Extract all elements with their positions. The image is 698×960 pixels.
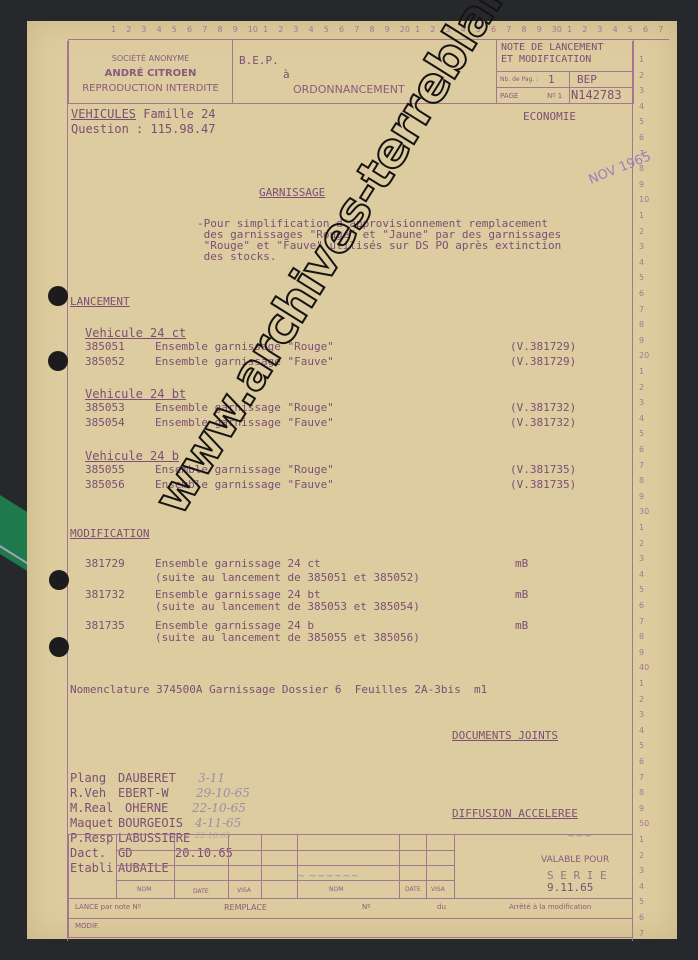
- signature-role: Plang: [70, 771, 106, 785]
- ruler-tick: 40: [639, 663, 649, 672]
- nb-pages-label: Nb. de Pag. :: [500, 76, 538, 83]
- ruler-tick: 10: [639, 195, 649, 204]
- list-item: 385051 Ensemble garnissage "Rouge" (V.38…: [85, 340, 645, 355]
- ruler-tick: 4: [639, 726, 644, 735]
- ruler-tick: 5: [628, 25, 633, 34]
- vehicles-label: VEHICULES: [71, 107, 136, 121]
- ruler-tick: 4: [639, 882, 644, 891]
- ruler-tick: 1: [111, 25, 116, 34]
- number-label: Nº: [362, 903, 371, 911]
- valable-pour-label: VALABLE POUR: [541, 855, 609, 865]
- vehicle-label: Vehicule 24 ct: [85, 326, 645, 340]
- nom-label: NOM: [137, 886, 151, 893]
- ruler-tick: 2: [639, 851, 644, 860]
- signature-date: 29-10-65: [196, 786, 250, 800]
- ruler-tick: 3: [293, 25, 298, 34]
- mod-ref: 381735: [85, 620, 125, 632]
- lance-par-note-label: LANCE par note Nº: [75, 903, 141, 911]
- ruler-tick: 9: [385, 25, 390, 34]
- part-version: (V.381735): [510, 478, 576, 491]
- ruler-tick: 3: [639, 710, 644, 719]
- part-version: (V.381732): [510, 401, 576, 414]
- ruler-tick: 8: [639, 788, 644, 797]
- punch-hole: [49, 637, 69, 657]
- signature-date: 3-11: [198, 771, 225, 785]
- ruler-tick: 8: [521, 25, 526, 34]
- document-sheet: 1234567891012345678920123456789301234567…: [27, 21, 677, 939]
- from-dept: B.E.P.: [239, 54, 279, 67]
- category-label: ECONOMIE: [523, 110, 576, 123]
- ruler-tick: 3: [141, 25, 146, 34]
- ruler-tick: 6: [187, 25, 192, 34]
- signature-name: OHERNE: [125, 801, 168, 815]
- signature-role: R.Veh: [70, 786, 106, 800]
- ruler-tick: 2: [639, 539, 644, 548]
- company-name: ANDRÉ CITROEN: [69, 68, 232, 79]
- signature-name: DAUBERET: [118, 771, 176, 785]
- nom-label-2: NOM: [329, 886, 343, 893]
- remplace-label: REMPLACE: [224, 903, 267, 912]
- handwritten-initials: ~~~: [567, 831, 592, 842]
- signature-name: EBERT-W: [118, 786, 169, 800]
- ruler-top: 1234567891012345678920123456789301234567: [69, 25, 669, 40]
- ruler-tick: 6: [339, 25, 344, 34]
- note-number: N142783: [571, 88, 622, 102]
- ruler-tick: 6: [639, 289, 644, 298]
- ruler-tick: 6: [643, 25, 648, 34]
- part-ref: 385055: [85, 463, 125, 476]
- ruler-tick: 9: [639, 180, 644, 189]
- ruler-tick: 9: [233, 25, 238, 34]
- ruler-tick: 1: [639, 523, 644, 532]
- ruler-tick: 1: [639, 835, 644, 844]
- vehicle-family: Famille 24: [143, 107, 215, 121]
- mod-code: mB: [515, 620, 528, 632]
- question-number: Question : 115.98.47: [71, 122, 216, 136]
- page-label: PAGE: [500, 92, 518, 100]
- mod-code: mB: [515, 558, 528, 570]
- vehicles-heading: VEHICULES Famille 24: [71, 107, 216, 121]
- ruler-tick: 7: [506, 25, 511, 34]
- mod-ref: 381729: [85, 558, 125, 570]
- modification-heading: MODIFICATION: [70, 527, 149, 540]
- note-title-line2: ET MODIFICATION: [501, 54, 591, 65]
- punch-hole: [49, 570, 69, 590]
- list-item: 385054 Ensemble garnissage "Fauve" (V.38…: [85, 416, 645, 431]
- mod-note: (suite au lancement de 385051 et 385052): [155, 572, 420, 584]
- part-version: (V.381735): [510, 463, 576, 476]
- ruler-tick: 30: [639, 507, 649, 516]
- lancement-group: Vehicule 24 ct 385051 Ensemble garnissag…: [85, 326, 645, 370]
- list-item: 381729 Ensemble garnissage 24 ct (suite …: [85, 558, 645, 589]
- ruler-tick: 9: [639, 492, 644, 501]
- ruler-tick: 3: [597, 25, 602, 34]
- part-ref: 385056: [85, 478, 125, 491]
- company-line1: SOCIÉTÉ ANONYME: [69, 54, 232, 63]
- part-ref: 385052: [85, 355, 125, 368]
- ruler-tick: 2: [126, 25, 131, 34]
- ruler-tick: 9: [537, 25, 542, 34]
- nb-pages-value: 1: [548, 73, 555, 86]
- ruler-tick: 4: [639, 102, 644, 111]
- note-title-line1: NOTE DE LANCEMENT: [501, 42, 603, 53]
- ruler-tick: 1: [639, 679, 644, 688]
- list-item: 381732 Ensemble garnissage 24 bt (suite …: [85, 589, 645, 620]
- ruler-tick: 1: [415, 25, 420, 34]
- punch-hole: [48, 351, 68, 371]
- footer-grid: NOM DATE VISA NOM DATE VISA VALABLE POUR…: [68, 834, 633, 938]
- ruler-tick: 5: [639, 741, 644, 750]
- ruler-tick: 6: [639, 913, 644, 922]
- signature-role: Maquet: [70, 816, 113, 830]
- ruler-tick: 3: [639, 242, 644, 251]
- lancement-heading: LANCEMENT: [70, 295, 130, 308]
- mod-note: (suite au lancement de 385053 et 385054): [155, 601, 420, 613]
- ruler-tick: 4: [639, 258, 644, 267]
- dept-code: BEP: [577, 73, 597, 86]
- note-title-box: NOTE DE LANCEMENT ET MODIFICATION Nb. de…: [496, 39, 634, 104]
- du-label: du: [437, 903, 446, 911]
- ruler-tick: 5: [639, 897, 644, 906]
- ruler-tick: 2: [639, 695, 644, 704]
- part-ref: 385051: [85, 340, 125, 353]
- ruler-tick: 10: [248, 25, 258, 34]
- ruler-tick: 5: [639, 273, 644, 282]
- ruler-tick: 1: [639, 55, 644, 64]
- page-number-label: Nº 1: [547, 92, 562, 100]
- visa-label: VISA: [237, 887, 251, 894]
- mod-label: Ensemble garnissage 24 ct: [155, 558, 321, 570]
- section-title: GARNISSAGE: [259, 186, 325, 199]
- ruler-tick: 7: [639, 773, 644, 782]
- part-version: (V.381732): [510, 416, 576, 429]
- description: -Pour simplification d'approvisionnement…: [197, 218, 561, 262]
- signature-date: 4-11-65: [195, 816, 241, 830]
- date-label-2: DATE: [405, 886, 421, 893]
- ruler-tick: 1: [567, 25, 572, 34]
- list-item: 381735 Ensemble garnissage 24 b (suite a…: [85, 620, 645, 651]
- ruler-tick: 3: [639, 866, 644, 875]
- description-line: des stocks.: [197, 251, 561, 262]
- diffusion-heading: DIFFUSION ACCELEREE: [452, 807, 578, 820]
- ruler-tick: 4: [309, 25, 314, 34]
- part-version: (V.381729): [510, 355, 576, 368]
- ruler-tick: 7: [658, 25, 663, 34]
- ruler-tick: 6: [639, 133, 644, 142]
- ruler-tick: 8: [369, 25, 374, 34]
- ruler-tick: 8: [217, 25, 222, 34]
- ruler-tick: 5: [639, 117, 644, 126]
- documents-joints-heading: DOCUMENTS JOINTS: [452, 729, 558, 742]
- date-label: DATE: [193, 888, 209, 895]
- lancement-group: Vehicule 24 bt 385053 Ensemble garnissag…: [85, 387, 645, 431]
- list-item: 385053 Ensemble garnissage "Rouge" (V.38…: [85, 401, 645, 416]
- part-ref: 385054: [85, 416, 125, 429]
- arrete-label: Arrêté à la modification: [509, 903, 591, 911]
- part-ref: 385053: [85, 401, 125, 414]
- ruler-tick: 2: [582, 25, 587, 34]
- punch-hole: [48, 286, 68, 306]
- modification-list: 381729 Ensemble garnissage 24 ct (suite …: [85, 558, 645, 651]
- ruler-tick: 20: [400, 25, 410, 34]
- ruler-tick: 3: [639, 86, 644, 95]
- nomenclature-line: Nomenclature 374500A Garnissage Dossier …: [70, 683, 487, 696]
- ruler-tick: 2: [639, 227, 644, 236]
- company-line3: REPRODUCTION INTERDITE: [69, 83, 232, 94]
- mod-note: (suite au lancement de 385055 et 385056): [155, 632, 420, 644]
- ruler-tick: 5: [172, 25, 177, 34]
- ruler-tick: 50: [639, 819, 649, 828]
- ruler-tick: 1: [263, 25, 268, 34]
- ruler-tick: 30: [552, 25, 562, 34]
- ruler-tick: 9: [639, 804, 644, 813]
- handwritten-note: ~ ~~~~~~: [297, 871, 359, 882]
- company-box: SOCIÉTÉ ANONYME ANDRÉ CITROEN REPRODUCTI…: [68, 39, 233, 104]
- mod-ref: 381732: [85, 589, 125, 601]
- visa-label-2: VISA: [431, 886, 445, 893]
- part-version: (V.381729): [510, 340, 576, 353]
- ruler-tick: 1: [639, 211, 644, 220]
- ruler-tick: 4: [613, 25, 618, 34]
- signature-name: BOURGEOIS: [118, 816, 183, 830]
- ruler-tick: 2: [639, 71, 644, 80]
- ruler-tick: 5: [324, 25, 329, 34]
- signature-role: M.Real: [70, 801, 113, 815]
- list-item: 385052 Ensemble garnissage "Fauve" (V.38…: [85, 355, 645, 370]
- modif-label: MODIF.: [75, 922, 99, 930]
- to-word: à: [283, 68, 290, 81]
- ruler-tick: 6: [639, 757, 644, 766]
- mod-code: mB: [515, 589, 528, 601]
- vehicle-label: Vehicule 24 bt: [85, 387, 645, 401]
- serie-date: 9.11.65: [547, 881, 593, 894]
- ruler-tick: 2: [278, 25, 283, 34]
- ruler-tick: 7: [639, 305, 644, 314]
- ruler-tick: 7: [202, 25, 207, 34]
- margin-line-left: [67, 41, 68, 941]
- ruler-tick: 7: [354, 25, 359, 34]
- ruler-tick: 7: [639, 929, 644, 938]
- signature-date: 22-10-65: [192, 801, 246, 815]
- ruler-tick: 4: [157, 25, 162, 34]
- to-dept: ORDONNANCEMENT: [293, 83, 405, 96]
